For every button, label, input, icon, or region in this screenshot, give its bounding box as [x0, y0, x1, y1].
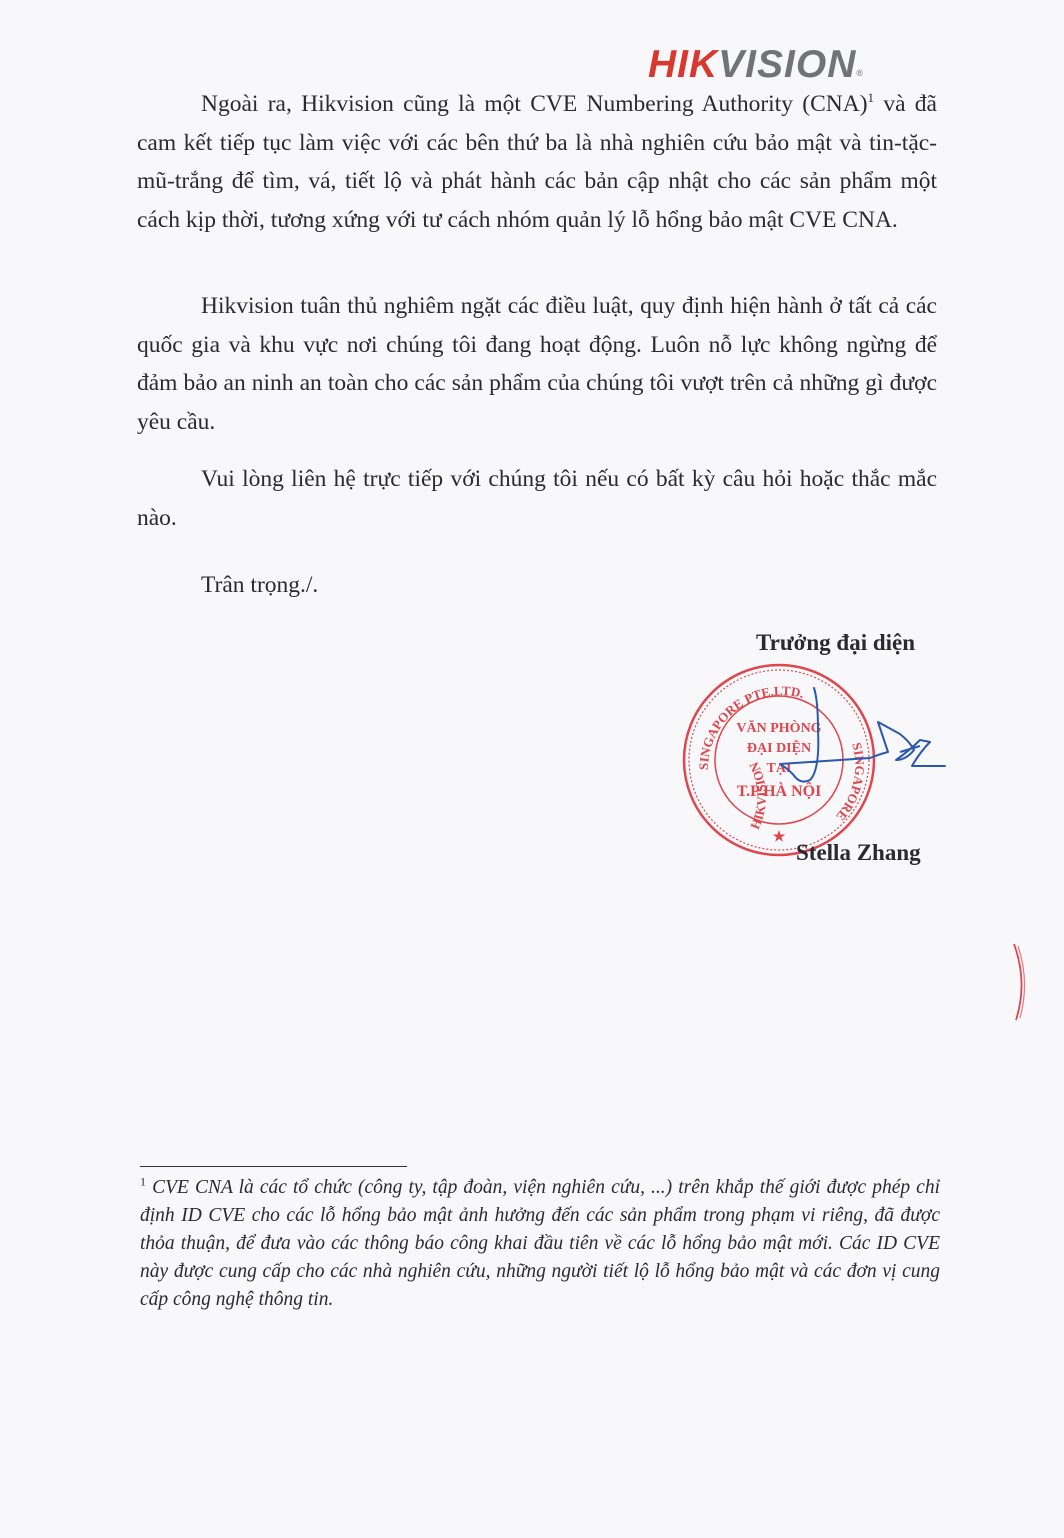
logo-vision: VISION [718, 43, 856, 86]
footnote: 1 CVE CNA là các tổ chức (công ty, tập đ… [140, 1174, 940, 1314]
hikvision-logo: HIKVISION® [648, 42, 864, 88]
paragraph-contact: Vui lòng liên hệ trực tiếp với chúng tôi… [137, 460, 937, 537]
paragraph-compliance-text: Hikvision tuân thủ nghiêm ngặt các điều … [137, 287, 937, 441]
signer-title: Trưởng đại diện [756, 630, 915, 656]
closing-text: Trân trọng./. [137, 566, 937, 605]
logo-hik: HIK [648, 43, 718, 86]
signer-name: Stella Zhang [796, 840, 921, 866]
registered-mark: ® [856, 68, 864, 78]
closing: Trân trọng./. [137, 566, 937, 605]
document-page: HIKVISION® Ngoài ra, Hikvision cũng là m… [0, 0, 1064, 1538]
paragraph-contact-text: Vui lòng liên hệ trực tiếp với chúng tôi… [137, 460, 937, 537]
red-stamp-edge-mark-icon [1010, 942, 1034, 1022]
handwritten-signature-icon [760, 680, 980, 800]
footnote-divider [140, 1166, 407, 1167]
paragraph-compliance: Hikvision tuân thủ nghiêm ngặt các điều … [137, 287, 937, 441]
paragraph-cna-text: Ngoài ra, Hikvision cũng là một CVE Numb… [201, 91, 868, 117]
paragraph-cna: Ngoài ra, Hikvision cũng là một CVE Numb… [137, 85, 937, 239]
footnote-text: CVE CNA là các tổ chức (công ty, tập đoà… [140, 1177, 940, 1310]
stamp-star: ★ [773, 829, 786, 845]
